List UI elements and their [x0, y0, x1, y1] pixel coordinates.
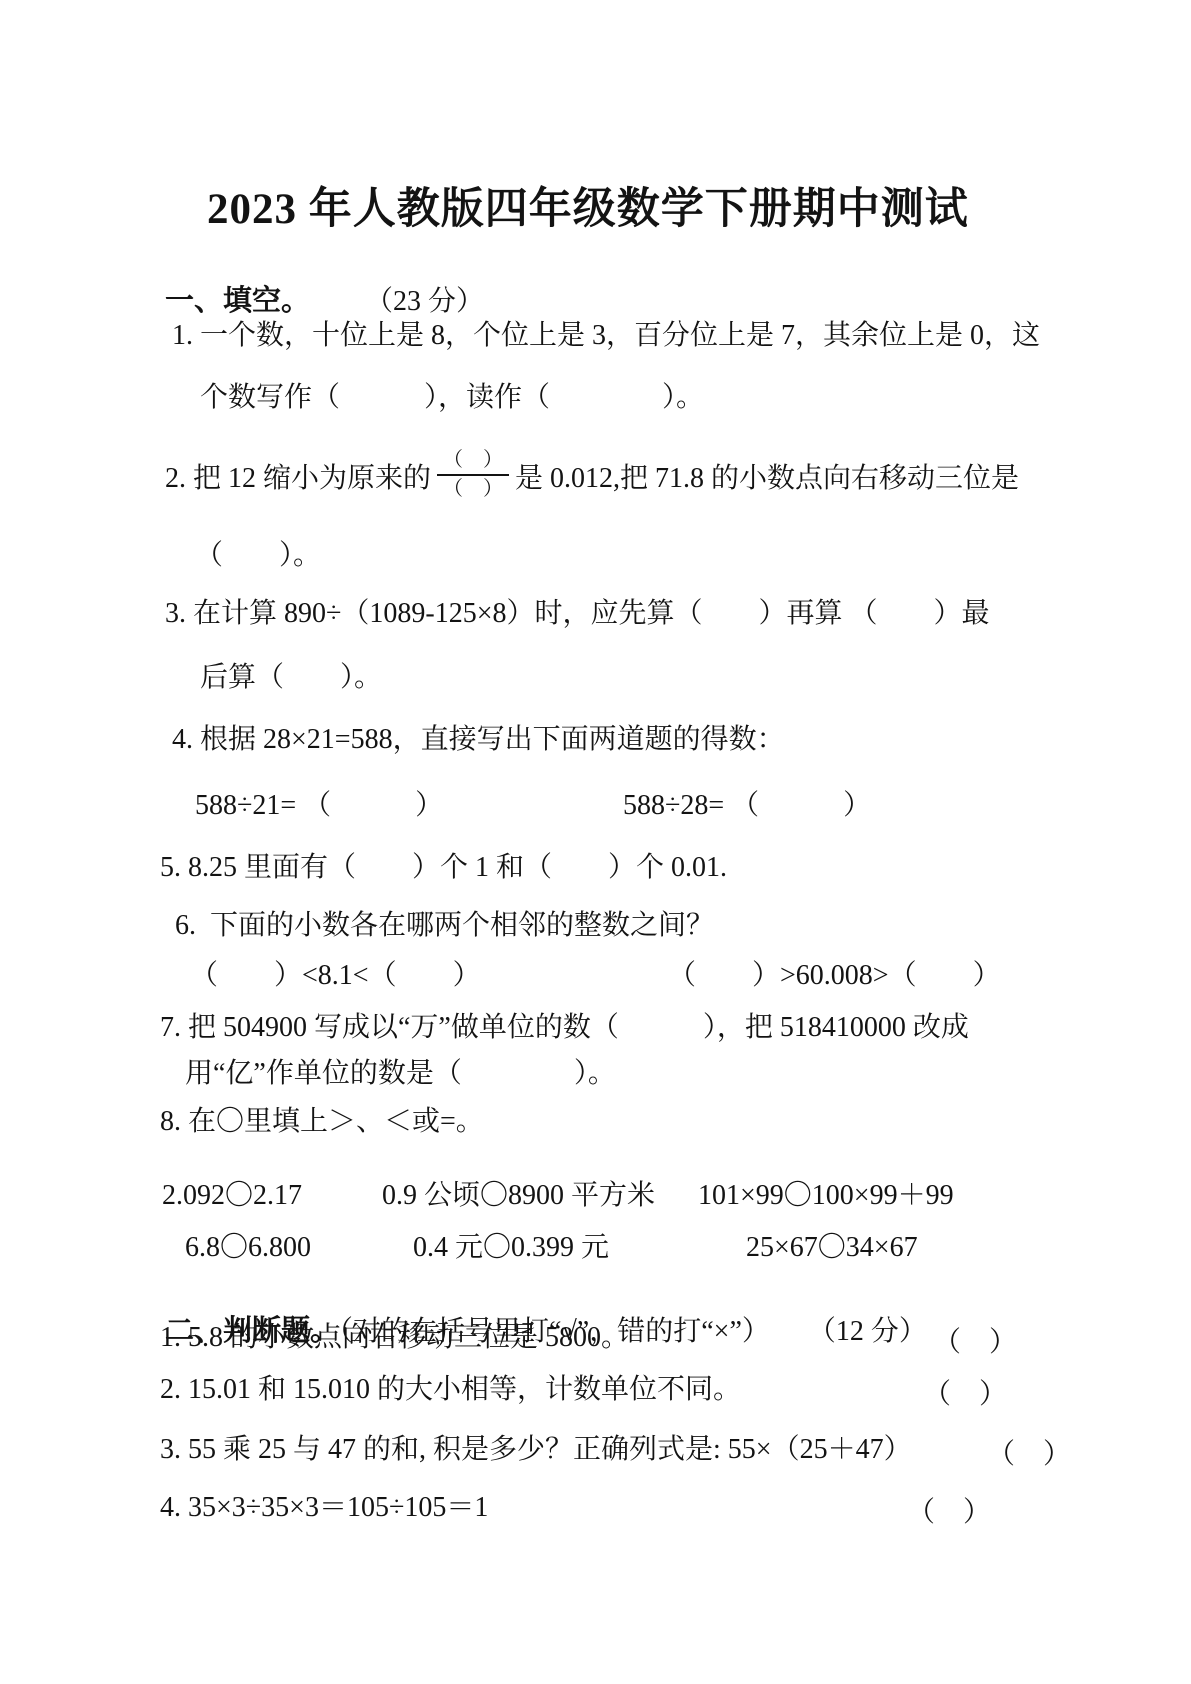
exam-paper: 2023 年人教版四年级数学下册期中测试 一、填空。（23 分） 1. 一个数，… [0, 0, 1191, 1684]
q2-fraction: （ ） （ ） [437, 447, 509, 502]
q4-item2: 588÷28= （ ） [623, 788, 871, 823]
judge-item-4-answer-blank: （ ） [907, 1490, 991, 1530]
q3-line1: 3. 在计算 890÷（1089-125×8）时，应先算（ ）再算 （ ）最 [165, 596, 990, 631]
judge-item-1-text: 1. 5.8 的小数点向右移动三位是 5800。 [160, 1320, 629, 1355]
q1-line1: 1. 一个数，十位上是 8，个位上是 3，百分位上是 7，其余位上是 0，这 [172, 318, 1040, 353]
q3-line2: 后算（ ）。 [200, 660, 382, 695]
section2-score: （12 分） [808, 1316, 927, 1347]
q5-line1: 5. 8.25 里面有（ ）个 1 和（ ）个 0.01. [160, 850, 727, 885]
judge-item-2-text: 2. 15.01 和 15.010 的大小相等，计数单位不同。 [160, 1372, 741, 1407]
q2-line1: 2. 把 12 缩小为原来的 （ ） （ ） 是 0.012,把 71.8 的小… [165, 440, 1019, 516]
q7-line1: 7. 把 504900 写成以“万”做单位的数（ ），把 518410000 改… [160, 1010, 969, 1045]
q8-row2-cell2: 0.4 元〇0.399 元 [413, 1230, 609, 1265]
q2-text-after: 是 0.012,把 71.8 的小数点向右移动三位是 [515, 461, 1019, 496]
q8-row1-cell1: 2.092〇2.17 [162, 1178, 302, 1213]
q2-text-before: 2. 把 12 缩小为原来的 [165, 461, 431, 496]
section1-heading-label: 一、填空。 [165, 285, 310, 317]
q4-item1: 588÷21= （ ） [195, 788, 443, 823]
q8-row2-cell1: 6.8〇6.800 [185, 1230, 311, 1265]
q6-line1: 6. 下面的小数各在哪两个相邻的整数之间？ [175, 908, 714, 943]
q8-line1: 8. 在〇里填上＞、＜或=。 [160, 1104, 484, 1139]
q2-fraction-denominator: （ ） [437, 476, 509, 502]
judge-item-1-answer-blank: （ ） [933, 1320, 1017, 1360]
q6-blank-segment2: （ ）>60.008>（ ） [668, 958, 1001, 993]
judge-item-3-answer-blank: （ ） [987, 1432, 1071, 1472]
q8-row1-cell2: 0.9 公顷〇8900 平方米 [382, 1178, 655, 1213]
q2-line2: （ ）。 [195, 538, 321, 573]
judge-item-4-text: 4. 35×3÷35×3＝105÷105＝1 [160, 1490, 488, 1525]
exam-title: 2023 年人教版四年级数学下册期中测试 [207, 183, 969, 237]
judge-item-3-text: 3. 55 乘 25 与 47 的和, 积是多少？正确列式是: 55×（25＋4… [160, 1432, 912, 1467]
q4-line1: 4. 根据 28×21=588，直接写出下面两道题的得数： [172, 722, 785, 757]
q1-line2: 个数写作（ ），读作（ ）。 [200, 380, 704, 415]
q6-blank-segment1: （ ）<8.1<（ ） [190, 958, 481, 993]
q2-fraction-numerator: （ ） [437, 447, 509, 476]
section1-score: （23 分） [365, 286, 484, 317]
q7-line2: 用“亿”作单位的数是（ ）。 [185, 1056, 616, 1091]
q8-row1-cell3: 101×99〇100×99＋99 [698, 1178, 954, 1213]
q8-row2-cell3: 25×67〇34×67 [746, 1230, 918, 1265]
judge-item-2-answer-blank: （ ） [923, 1372, 1007, 1412]
